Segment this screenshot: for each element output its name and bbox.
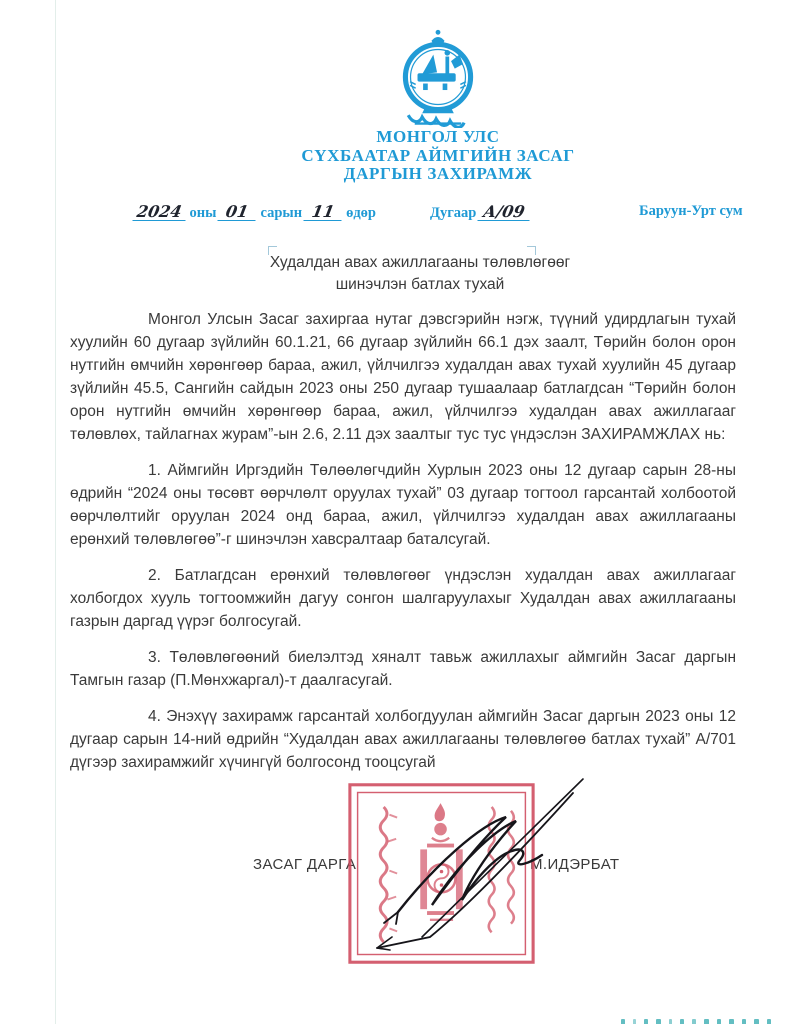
issuer-line-province: СҮХБААТАР АЙМГИЙН ЗАСАГ (85, 147, 791, 166)
decree-title: Худалдан авах ажиллагааны төлөвлөгөөг ши… (70, 252, 770, 296)
article-2: 2. Батлагдсан ерөнхий төлөвлөгөөг үндэсл… (70, 564, 736, 633)
place-label: Баруун-Урт сум (639, 203, 743, 220)
month-label: сарын (260, 205, 302, 221)
issuer-line-country: МОНГОЛ УЛС (85, 128, 791, 147)
day-label: өдөр (346, 205, 376, 221)
preamble-paragraph: Монгол Улсын Засаг захиргаа нутаг дэвсгэ… (70, 308, 736, 446)
decree-document-page: МОНГОЛ УЛС СҮХБААТАР АЙМГИЙН ЗАСАГ ДАРГЫ… (0, 0, 792, 1024)
mongolia-state-emblem-icon (384, 26, 492, 128)
handwritten-number: А/09 (478, 203, 533, 221)
date-group: 2024оны01сарын11өдөр (131, 203, 376, 222)
article-1: 1. Аймгийн Иргэдийн Төлөөлөгчдийн Хурлын… (70, 459, 736, 551)
number-label: Дугаар (430, 205, 476, 221)
handwritten-year: 2024 (132, 203, 188, 221)
decree-body: Монгол Улсын Засаг захиргаа нутаг дэвсгэ… (70, 308, 736, 787)
issuer-line-doctype: ДАРГЫН ЗАХИРАМЖ (85, 165, 791, 184)
handwritten-month: 01 (218, 203, 259, 221)
decree-title-line2: шинэчлэн батлах тухай (70, 274, 770, 296)
scan-streak-artifact (55, 0, 56, 1024)
year-label: оны (190, 205, 217, 221)
issuer-heading: МОНГОЛ УЛС СҮХБААТАР АЙМГИЙН ЗАСАГ ДАРГЫ… (85, 128, 791, 184)
article-3: 3. Төлөвлөгөөний биелэлтэд хяналт тавьж … (70, 646, 736, 692)
decree-title-line1: Худалдан авах ажиллагааны төлөвлөгөөг (70, 252, 770, 274)
handwritten-day: 11 (303, 203, 344, 221)
signature-scribble (330, 755, 625, 985)
meta-line: 2024оны01сарын11өдөр ДугаарА/09 Баруун-У… (0, 200, 792, 230)
scan-artifact-dots (621, 1019, 771, 1024)
number-group: ДугаарА/09 (430, 203, 534, 222)
